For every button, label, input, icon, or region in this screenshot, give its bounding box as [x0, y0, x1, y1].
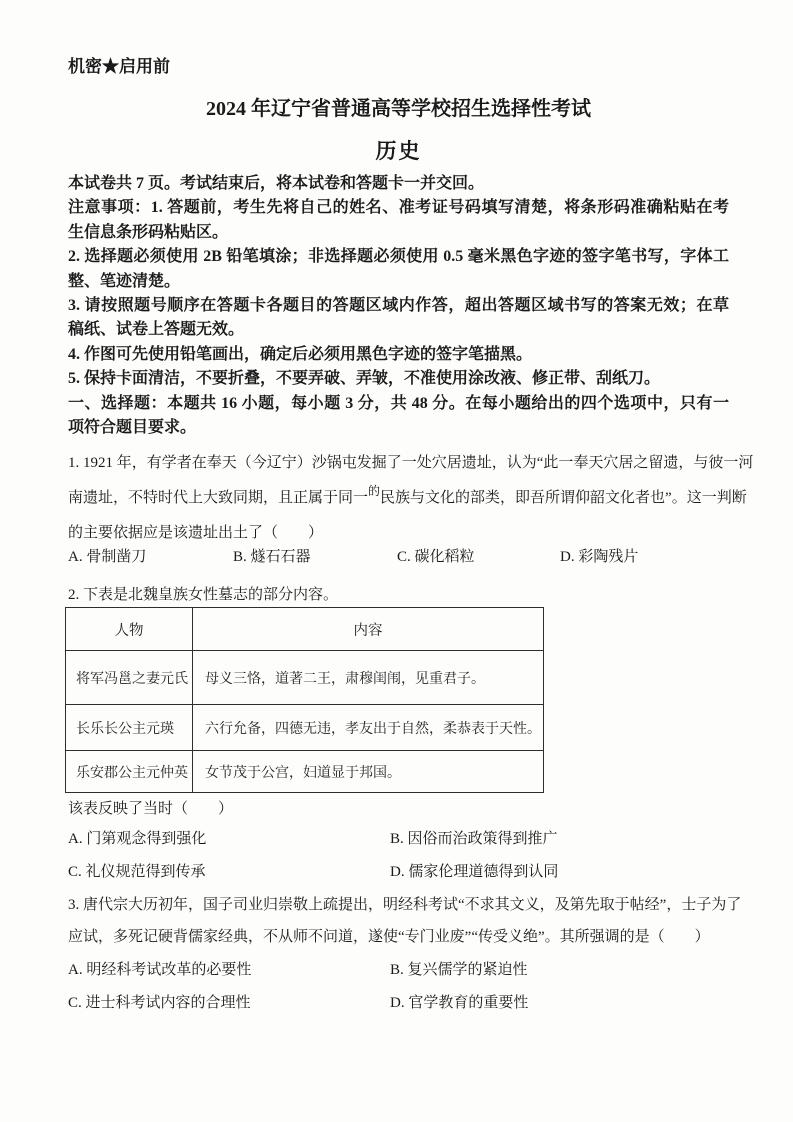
- question-3-stem: 3. 唐代宗大历初年，国子司业归崇敬上疏提出，明经科考试“不求其文义，及第先取于…: [68, 889, 729, 953]
- notice-line-return: 本试卷共 7 页。考试结束后，将本试卷和答题卡一并交回。: [68, 172, 729, 196]
- subject-title: 历史: [68, 136, 729, 166]
- q1-options: A. 骨制凿刀 B. 燧石石器 C. 碳化稻粒 D. 彩陶残片: [68, 545, 729, 569]
- q2-row2-content: 六行允备，四德无违，孝友出于自然，柔恭表于天性。: [193, 705, 544, 751]
- q1-stem-line-1: 1. 1921 年，有学者在奉天（今辽宁）沙锅屯发掘了一处穴居遗址，认为“此一奉…: [68, 446, 729, 481]
- q1-option-b: B. 燧石石器: [233, 545, 397, 569]
- q2-table-header-row: 人物 内容: [66, 608, 544, 651]
- exam-title: 2024 年辽宁省普通高等学校招生选择性考试: [68, 94, 729, 124]
- exam-paper-page: 机密★启用前 2024 年辽宁省普通高等学校招生选择性考试 历史 本试卷共 7 …: [0, 0, 793, 1122]
- q2-row1-person: 将军冯邕之妻元氏: [66, 651, 193, 705]
- notice-line-item4: 4. 作图可先使用铅笔画出，确定后必须用黑色字迹的签字笔描黑。: [68, 343, 729, 367]
- q3-stem-line-2: 应试，多死记硬背儒家经典，不从师不问道，遂使“专门业废”“传受义绝”。其所强调的…: [68, 921, 729, 953]
- section-header-line2: 项符合题目要求。: [68, 416, 729, 440]
- q3-options: A. 明经科考试改革的必要性 B. 复兴儒学的紧迫性 C. 进士科考试内容的合理…: [68, 959, 729, 1014]
- q1-stem-text-post: 民族与文化的部类，即吾所谓仰韶文化者也”。这一判断: [380, 490, 747, 506]
- q2-row3-person: 乐安郡公主元仲英: [66, 751, 193, 793]
- q2-table-row-2: 长乐长公主元瑛 六行允备，四德无违，孝友出于自然，柔恭表于天性。: [66, 705, 544, 751]
- question-1-stem: 1. 1921 年，有学者在奉天（今辽宁）沙锅屯发掘了一处穴居遗址，认为“此一奉…: [68, 446, 729, 551]
- q2-row3-content: 女节茂于公宫，妇道显于邦国。: [193, 751, 544, 793]
- notice-line-item2a: 2. 选择题必须使用 2B 铅笔填涂；非选择题必须使用 0.5 毫米黑色字迹的签…: [68, 245, 729, 269]
- q2-row2-person: 长乐长公主元瑛: [66, 705, 193, 751]
- q3-option-c: C. 进士科考试内容的合理性: [68, 992, 390, 1014]
- notice-line-item5: 5. 保持卡面清洁，不要折叠，不要弄破、弄皱，不准使用涂改液、修正带、刮纸刀。: [68, 367, 729, 391]
- q2-option-b: B. 因俗而治政策得到推广: [390, 828, 729, 850]
- q2-table-header-person: 人物: [66, 608, 193, 651]
- classification-label: 机密★启用前: [68, 56, 729, 78]
- notice-line-item2b: 整、笔迹清楚。: [68, 270, 729, 294]
- q2-table-row-3: 乐安郡公主元仲英 女节茂于公宫，妇道显于邦国。: [66, 751, 544, 793]
- q2-option-d: D. 儒家伦理道德得到认同: [390, 861, 729, 883]
- q1-stem-line-2: 南遗址，不特时代上大致同期，且正属于同一的民族与文化的部类，即吾所谓仰韶文化者也…: [68, 481, 729, 516]
- section-header-line1: 一、选择题：本题共 16 小题，每小题 3 分，共 48 分。在每小题给出的四个…: [68, 392, 729, 416]
- q2-table-row-1: 将军冯邕之妻元氏 母义三恪，道著二王，肃穆闺闱，见重君子。: [66, 651, 544, 705]
- q3-stem-line-1: 3. 唐代宗大历初年，国子司业归崇敬上疏提出，明经科考试“不求其文义，及第先取于…: [68, 889, 729, 921]
- q1-option-c: C. 碳化稻粒: [397, 545, 560, 569]
- q2-option-c: C. 礼仪规范得到传承: [68, 861, 390, 883]
- notice-line-item3a: 3. 请按照题号顺序在答题卡各题目的答题区域内作答，超出答题区域书写的答案无效；…: [68, 294, 729, 318]
- q1-stem-text-pre: 南遗址，不特时代上大致同期，且正属于同一: [68, 490, 368, 506]
- q1-superscript-char: 的: [368, 484, 380, 498]
- question-2-stem: 2. 下表是北魏皇族女性墓志的部分内容。: [68, 583, 729, 607]
- q3-option-a: A. 明经科考试改革的必要性: [68, 959, 390, 981]
- q3-option-d: D. 官学教育的重要性: [390, 992, 729, 1014]
- q2-options: A. 门第观念得到强化 B. 因俗而治政策得到推广 C. 礼仪规范得到传承 D.…: [68, 828, 729, 883]
- notice-line-item1b: 生信息条形码粘贴区。: [68, 221, 729, 245]
- q1-option-a: A. 骨制凿刀: [68, 545, 233, 569]
- q1-option-d: D. 彩陶残片: [560, 545, 729, 569]
- q2-followup: 该表反映了当时（ ）: [68, 798, 729, 820]
- instructions-block: 本试卷共 7 页。考试结束后，将本试卷和答题卡一并交回。 注意事项：1. 答题前…: [68, 172, 729, 440]
- q2-table: 人物 内容 将军冯邕之妻元氏 母义三恪，道著二王，肃穆闺闱，见重君子。 长乐长公…: [65, 607, 544, 793]
- notice-line-item1a: 注意事项：1. 答题前，考生先将自己的姓名、准考证号码填写清楚，将条形码准确粘贴…: [68, 196, 729, 220]
- q2-table-header-content: 内容: [193, 608, 544, 651]
- notice-line-item3b: 稿纸、试卷上答题无效。: [68, 318, 729, 342]
- q2-row1-content: 母义三恪，道著二王，肃穆闺闱，见重君子。: [193, 651, 544, 705]
- q2-option-a: A. 门第观念得到强化: [68, 828, 390, 850]
- q3-option-b: B. 复兴儒学的紧迫性: [390, 959, 729, 981]
